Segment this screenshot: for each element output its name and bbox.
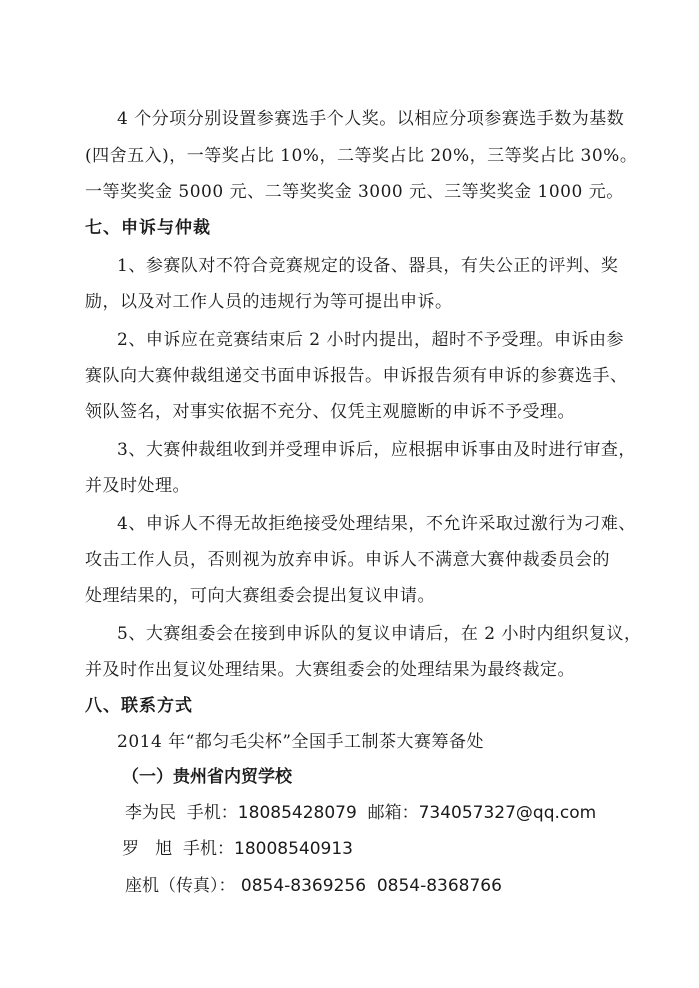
awards-paragraph-line-1: 4 个分项分别设置参赛选手个人奖。以相应分项参赛选手数为基数 bbox=[117, 107, 624, 131]
awards-paragraph-line-3: 一等奖奖金 5000 元、二等奖奖金 3000 元、三等奖奖金 1000 元。 bbox=[85, 180, 624, 204]
appeal-item-1-line-1: 1、参赛队对不符合竞赛规定的设备、器具，有失公正的评判、奖 bbox=[117, 254, 618, 278]
appeal-item-2-line-1: 2、申诉应在竞赛结束后 2 小时内提出，超时不予受理。申诉由参 bbox=[117, 328, 624, 352]
appeal-item-5-line-1: 5、大赛组委会在接到申诉队的复议申请后，在 2 小时内组织复议， bbox=[117, 622, 641, 646]
contact-line-luo-xu: 罗 旭 手机：18008540913 bbox=[122, 837, 353, 861]
appeal-item-2-line-3: 领队签名，对事实依据不充分、仅凭主观臆断的申诉不予受理。 bbox=[85, 400, 575, 424]
appeal-item-1-line-2: 励，以及对工作人员的违规行为等可提出申诉。 bbox=[85, 290, 453, 314]
awards-paragraph-line-2: (四舍五入)，一等奖占比 10%，二等奖占比 20%，三等奖占比 30%。 bbox=[85, 144, 637, 168]
section-heading-contact: 八、联系方式 bbox=[85, 694, 193, 718]
section-heading-appeals: 七、申诉与仲裁 bbox=[85, 216, 211, 240]
appeal-item-4-line-2: 攻击工作人员，否则视为放弃申诉。申诉人不满意大赛仲裁委员会的 bbox=[85, 548, 610, 572]
contact-sub-heading-school: （一）贵州省内贸学校 bbox=[122, 765, 292, 789]
document-page: 4 个分项分别设置参赛选手个人奖。以相应分项参赛选手数为基数 (四舍五入)，一等… bbox=[0, 0, 699, 988]
appeal-item-4-line-3: 处理结果的，可向大赛组委会提出复议申请。 bbox=[85, 584, 435, 608]
contact-line-landline-fax: 座机（传真）： 0854-8369256 0854-8368766 bbox=[125, 874, 502, 898]
appeal-item-4-line-1: 4、申诉人不得无故拒绝接受处理结果，不允许采取过激行为刁难、 bbox=[117, 512, 636, 536]
contact-line-li-weimin: 李为民 手机：18085428079 邮箱：734057327@qq.com bbox=[125, 801, 596, 825]
organizer-name: 2014 年“都匀毛尖杯”全国手工制茶大赛筹备处 bbox=[117, 730, 484, 754]
appeal-item-3-line-2: 并及时处理。 bbox=[85, 474, 190, 498]
appeal-item-5-line-2: 并及时作出复议处理结果。大赛组委会的处理结果为最终裁定。 bbox=[85, 658, 575, 682]
appeal-item-2-line-2: 赛队向大赛仲裁组递交书面申诉报告。申诉报告须有申诉的参赛选手、 bbox=[85, 364, 628, 388]
appeal-item-3-line-1: 3、大赛仲裁组收到并受理申诉后，应根据申诉事由及时进行审查， bbox=[117, 438, 636, 462]
